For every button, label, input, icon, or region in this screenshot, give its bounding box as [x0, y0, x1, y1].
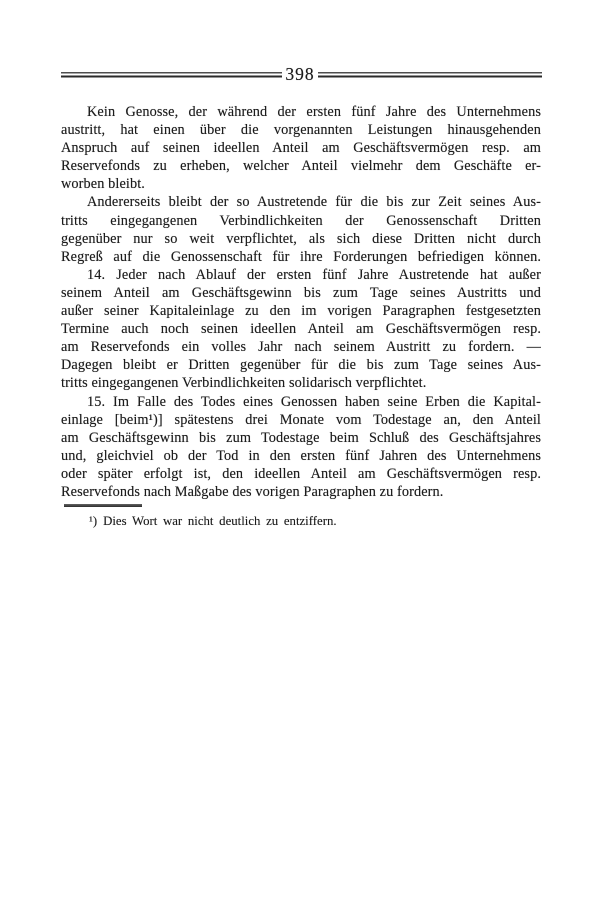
header-rule-right: [318, 72, 542, 78]
footnote-separator: [64, 504, 142, 507]
text-line: worben bleibt.: [61, 175, 541, 193]
text-line: austritt, hat einen über die vorgenannte…: [61, 121, 541, 139]
body-text: Kein Genosse, der während der ersten fün…: [61, 103, 541, 501]
text-line: und, gleichviel ob der Tod in den ersten…: [61, 447, 541, 465]
text-line: am Geschäftsgewinn bis zum Todestage bei…: [61, 429, 541, 447]
text-line: tritts eingegangenen Verbindlichkeiten d…: [61, 212, 541, 230]
text-line: Andererseits bleibt der so Austretende f…: [61, 193, 541, 211]
page-header: 398: [0, 0, 600, 100]
footnote: ¹)Dies Wort war nicht deutlich zu entzif…: [89, 513, 541, 530]
text-line: außer seiner Kapitaleinlage zu den im vo…: [61, 302, 541, 320]
footnote-marker: ¹): [89, 514, 97, 528]
text-line: Regreß auf die Genossenschaft für ihre F…: [61, 248, 541, 266]
text-line: Reservefonds nach Maßgabe des vorigen Pa…: [61, 483, 541, 501]
text-line: Termine auch noch seinen ideellen Anteil…: [61, 320, 541, 338]
text-line: Reservefonds zu erheben, welcher Anteil …: [61, 157, 541, 175]
text-line: seinem Anteil am Geschäftsgewinn bis zum…: [61, 284, 541, 302]
text-line: oder später erfolgt ist, den ideellen An…: [61, 465, 541, 483]
text-line: Dagegen bleibt er Dritten gegenüber für …: [61, 356, 541, 374]
book-page: 398 Kein Genosse, der während der ersten…: [0, 0, 600, 920]
text-line: 15. Im Falle des Todes eines Genossen ha…: [61, 393, 541, 411]
text-line: Anspruch auf seinen ideellen Anteil am G…: [61, 139, 541, 157]
text-line: am Reservefonds ein volles Jahr nach sei…: [61, 338, 541, 356]
text-line: gegenüber nur so weit verpflichtet, als …: [61, 230, 541, 248]
text-line: tritts eingegangenen Verbindlichkeiten s…: [61, 374, 541, 392]
text-line: Kein Genosse, der während der ersten fün…: [61, 103, 541, 121]
text-line: 14. Jeder nach Ablauf der ersten fünf Ja…: [61, 266, 541, 284]
footnote-text: Dies Wort war nicht deutlich zu entziffe…: [103, 514, 336, 528]
text-line: einlage [beim¹)] spätestens drei Monate …: [61, 411, 541, 429]
